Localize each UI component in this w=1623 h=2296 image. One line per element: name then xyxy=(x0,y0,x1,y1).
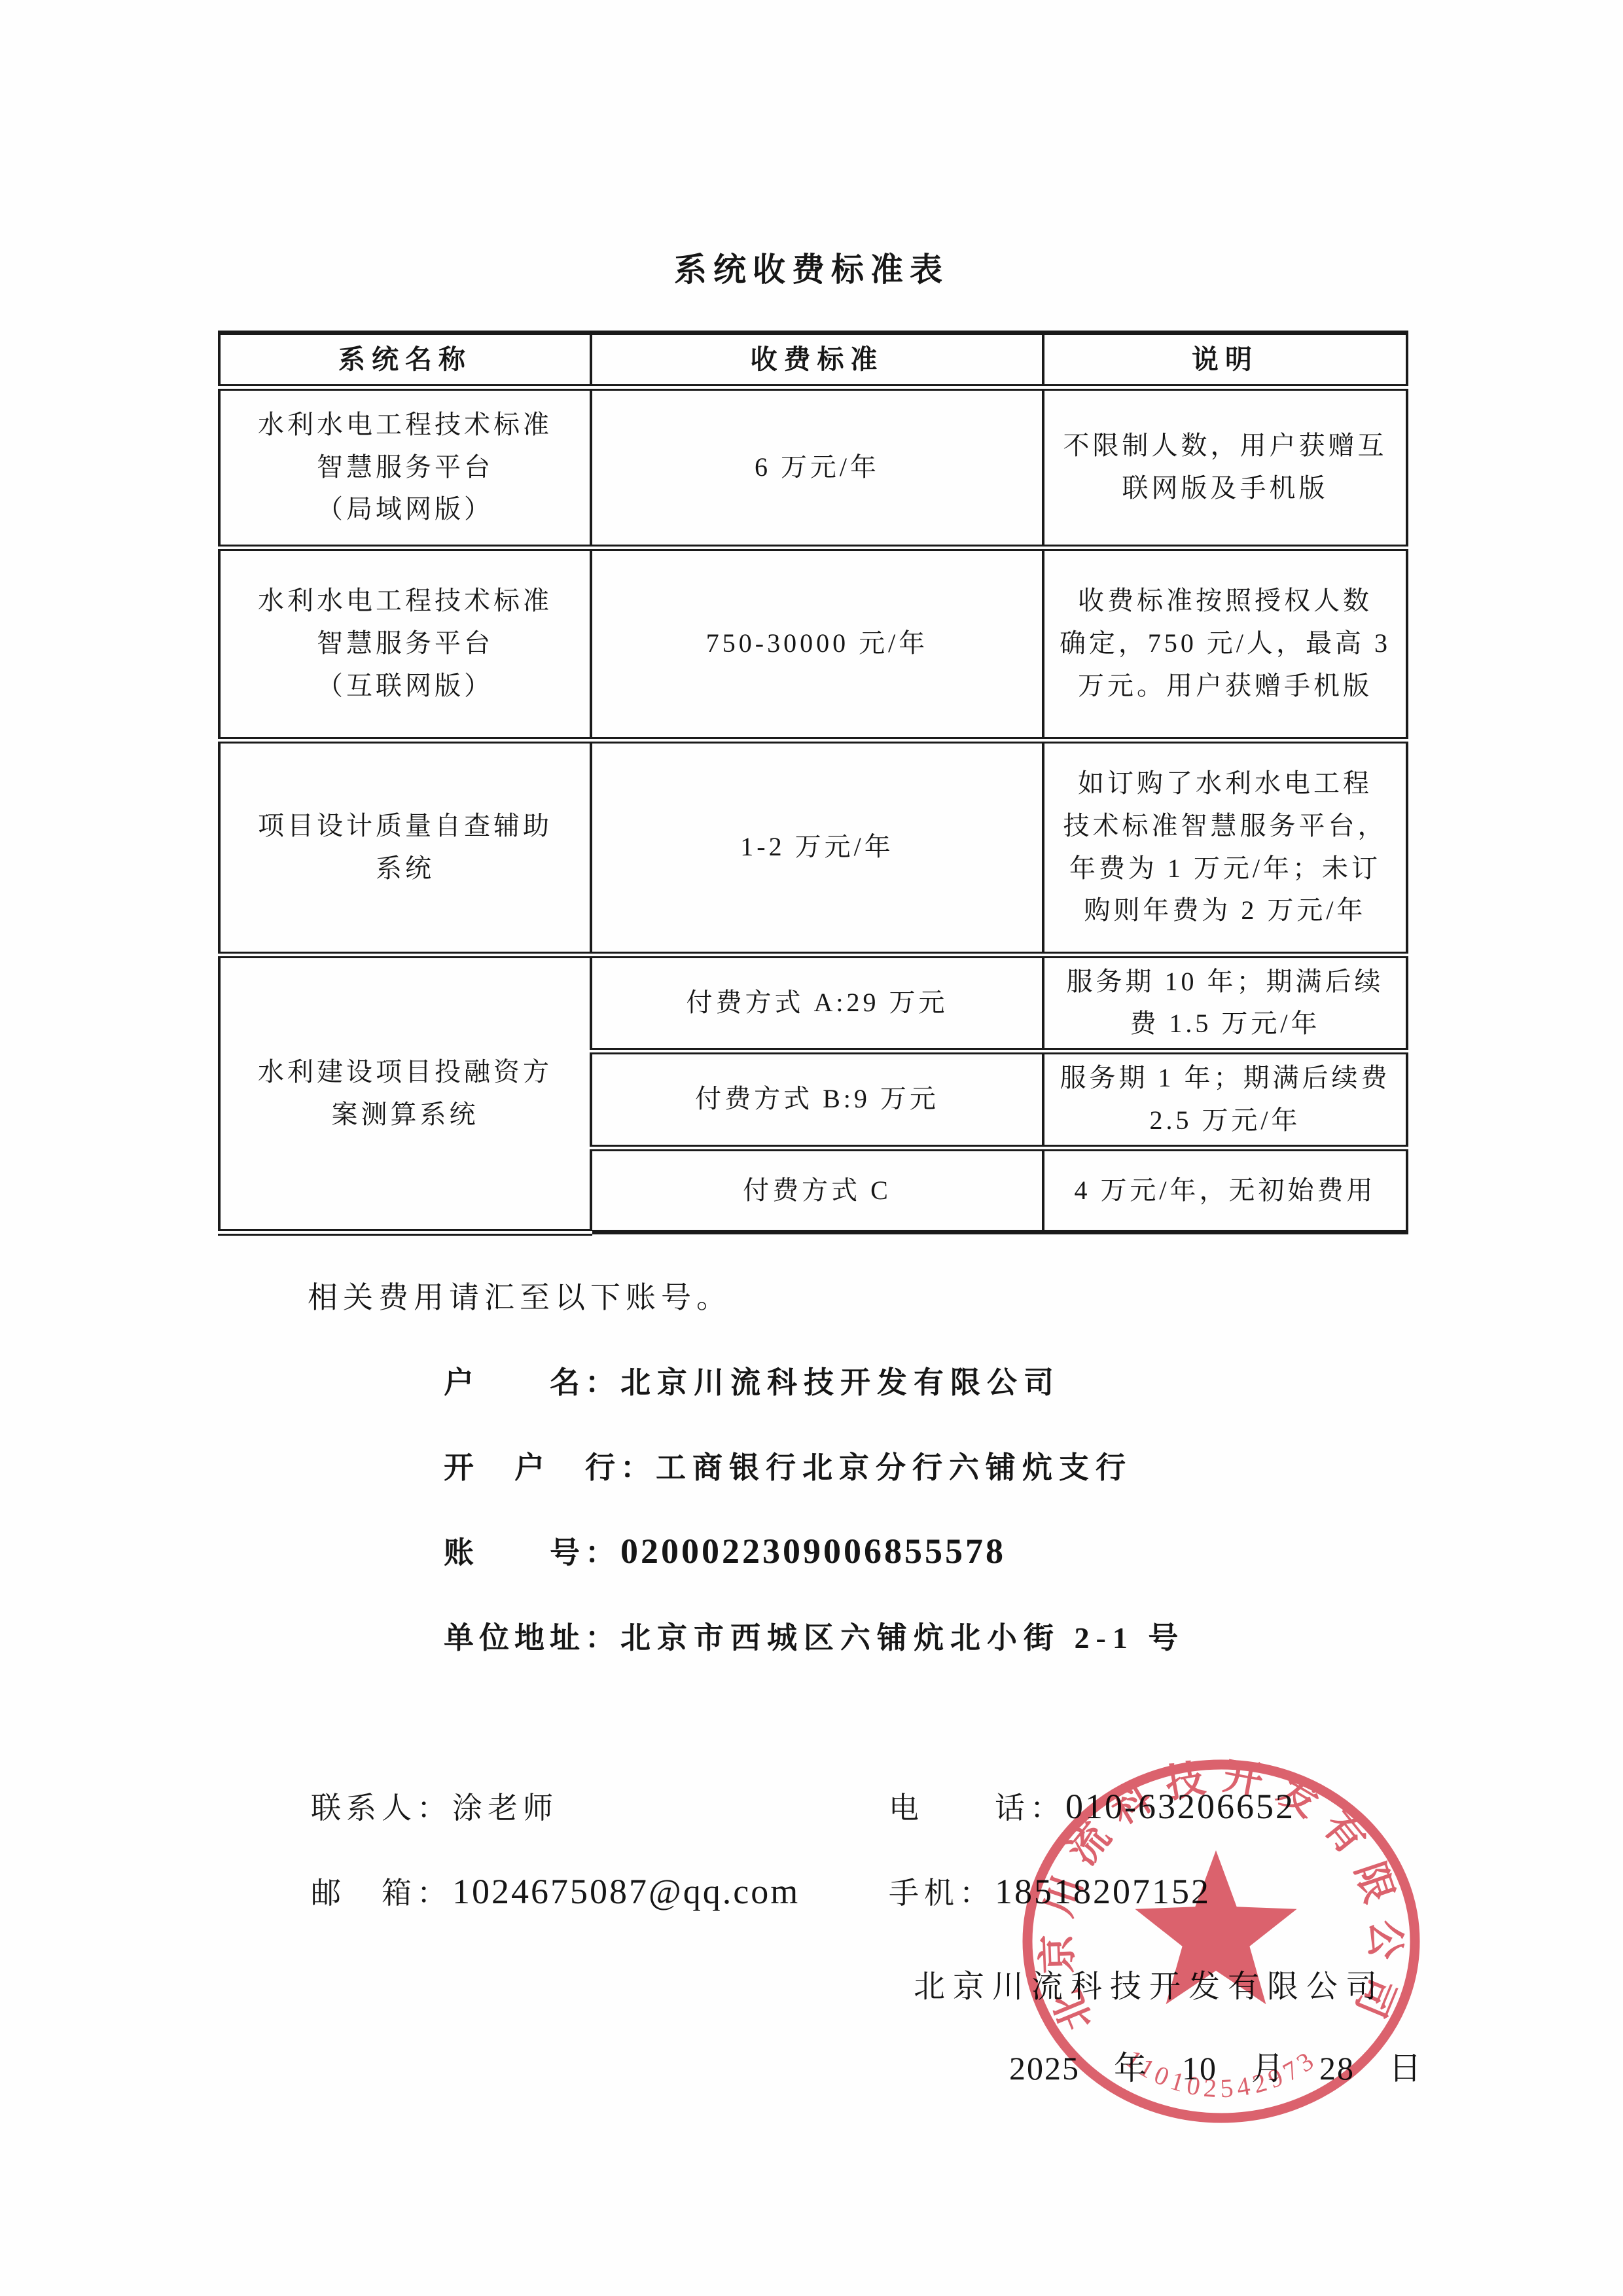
table-row: 项目设计质量自查辅助 系统 1-2 万元/年 如订购了水利水电工程 技术标准智慧… xyxy=(219,740,1407,955)
email-label: 邮 箱： xyxy=(311,1869,452,1912)
address-line: 单位地址：北京市西城区六铺炕北小街 2-1 号 xyxy=(444,1614,1185,1657)
account-name-value: 北京川流科技开发有限公司 xyxy=(620,1359,1060,1402)
phone-label: 电 话： xyxy=(889,1784,1065,1827)
contact-person-label: 联系人： xyxy=(311,1784,452,1827)
table-row: 水利水电工程技术标准 智慧服务平台 （局域网版） 6 万元/年 不限制人数，用户… xyxy=(219,387,1407,548)
mobile-value: 18518207152 xyxy=(995,1871,1211,1912)
page-title: 系统收费标准表 xyxy=(0,243,1623,291)
bank-value: 工商银行北京分行六铺炕支行 xyxy=(656,1444,1132,1487)
column-header-system-name: 系统名称 xyxy=(219,333,591,387)
mobile-line: 手机：18518207152 xyxy=(889,1869,1211,1912)
payment-intro-text: 相关费用请汇至以下账号。 xyxy=(308,1274,732,1317)
column-header-note: 说明 xyxy=(1043,333,1407,387)
cell-system-name: 水利水电工程技术标准 智慧服务平台 （局域网版） xyxy=(219,387,591,548)
email-value: 1024675087@qq.com xyxy=(452,1871,800,1912)
cell-price: 付费方式 A:29 万元 xyxy=(591,955,1043,1052)
account-name-line: 户 名：北京川流科技开发有限公司 xyxy=(444,1359,1060,1402)
signature-date: 2025 年 10 月 28 日 xyxy=(1009,2042,1423,2089)
mobile-label: 手机： xyxy=(889,1869,995,1912)
cell-price: 6 万元/年 xyxy=(591,387,1043,548)
column-header-price: 收费标准 xyxy=(591,333,1043,387)
cell-price: 付费方式 C xyxy=(591,1148,1043,1232)
fee-table: 系统名称 收费标准 说明 水利水电工程技术标准 智慧服务平台 （局域网版） 6 … xyxy=(218,331,1408,1236)
cell-price: 1-2 万元/年 xyxy=(591,740,1043,955)
signature-date-text: 2025 年 10 月 28 日 xyxy=(1009,2042,1423,2089)
table-row: 水利水电工程技术标准 智慧服务平台 （互联网版） 750-30000 元/年 收… xyxy=(219,548,1407,740)
signature-company: 北京川流科技开发有限公司 xyxy=(914,1961,1385,2006)
account-name-label: 户 名： xyxy=(444,1359,620,1402)
phone-line: 电 话：010-63206652 xyxy=(889,1784,1295,1827)
cell-note: 服务期 1 年；期满后续费 2.5 万元/年 xyxy=(1043,1051,1407,1148)
account-number-label: 账 号： xyxy=(444,1529,620,1572)
document-page: 系统收费标准表 系统名称 收费标准 说明 水利水电工程技术标准 智慧服务平台 （… xyxy=(0,0,1623,2296)
bank-label: 开 户 行： xyxy=(444,1444,656,1487)
cell-system-name-grouped: 水利建设项目投融资方 案测算系统 xyxy=(219,955,591,1232)
address-label: 单位地址： xyxy=(444,1614,620,1657)
address-value: 北京市西城区六铺炕北小街 2-1 号 xyxy=(620,1614,1185,1657)
contact-person-line: 联系人：涂老师 xyxy=(311,1784,558,1827)
cell-system-name: 水利水电工程技术标准 智慧服务平台 （互联网版） xyxy=(219,548,591,740)
phone-value: 010-63206652 xyxy=(1065,1786,1295,1827)
account-number-line: 账 号：0200022309006855578 xyxy=(444,1529,1006,1572)
cell-price: 750-30000 元/年 xyxy=(591,548,1043,740)
cell-price: 付费方式 B:9 万元 xyxy=(591,1051,1043,1148)
cell-note: 不限制人数，用户获赠互 联网版及手机版 xyxy=(1043,387,1407,548)
cell-note: 如订购了水利水电工程 技术标准智慧服务平台， 年费为 1 万元/年；未订 购则年… xyxy=(1043,740,1407,955)
cell-note: 4 万元/年，无初始费用 xyxy=(1043,1148,1407,1232)
account-number-value: 0200022309006855578 xyxy=(620,1531,1006,1571)
table-header-row: 系统名称 收费标准 说明 xyxy=(219,333,1407,387)
cell-note: 收费标准按照授权人数 确定，750 元/人，最高 3 万元。用户获赠手机版 xyxy=(1043,548,1407,740)
cell-note: 服务期 10 年；期满后续 费 1.5 万元/年 xyxy=(1043,955,1407,1052)
email-line: 邮 箱：1024675087@qq.com xyxy=(311,1869,800,1912)
table-row: 水利建设项目投融资方 案测算系统 付费方式 A:29 万元 服务期 10 年；期… xyxy=(219,955,1407,1052)
signature-company-text: 北京川流科技开发有限公司 xyxy=(914,1961,1385,2006)
cell-system-name: 项目设计质量自查辅助 系统 xyxy=(219,740,591,955)
contact-person-value: 涂老师 xyxy=(452,1784,558,1827)
payment-intro: 相关费用请汇至以下账号。 xyxy=(308,1274,732,1317)
bank-line: 开 户 行：工商银行北京分行六铺炕支行 xyxy=(444,1444,1132,1487)
